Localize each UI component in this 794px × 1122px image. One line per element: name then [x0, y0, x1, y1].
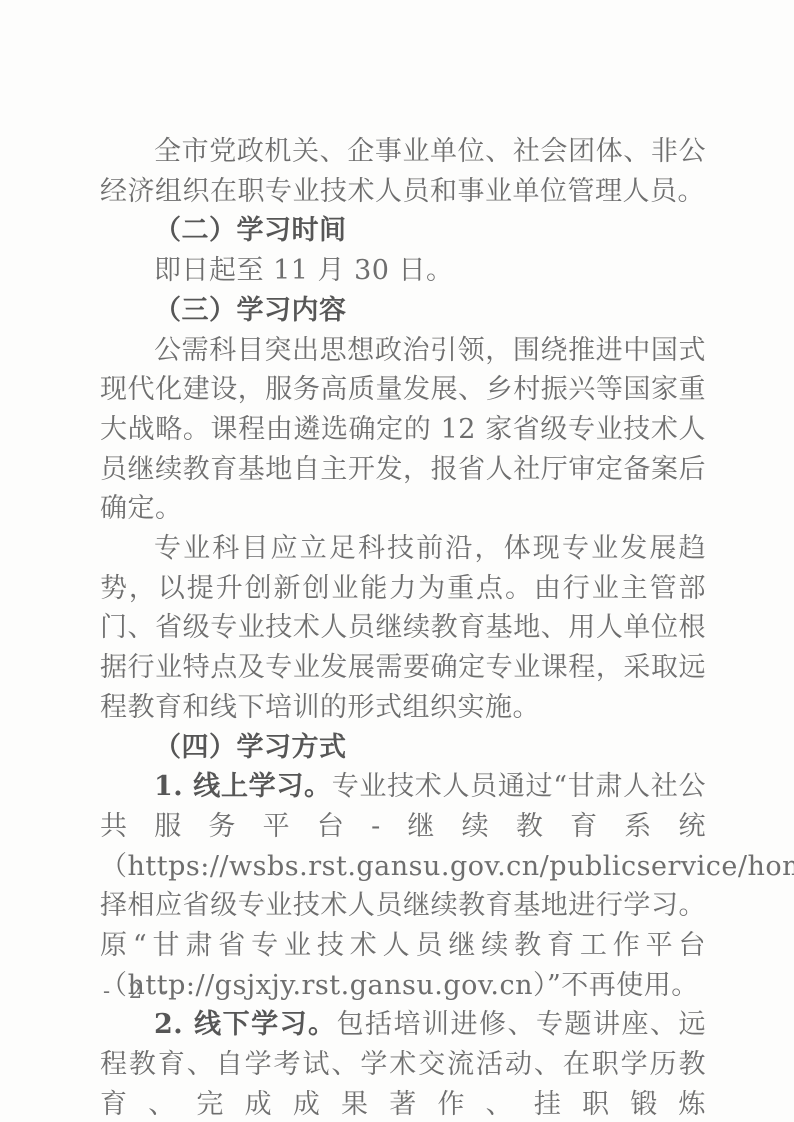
paragraph-offline-learning: 2. 线下学习。包括培训进修、专题讲座、远程教育、自学考试、学术交流活动、在职学… [100, 1005, 706, 1122]
online-learning-text: 专业技术人员通过“甘肃人社公共服务平台-继续教育系统（https://wsbs.… [100, 771, 794, 1001]
page-number: - 2 - [103, 979, 174, 1003]
paragraph-public-subjects: 公需科目突出思想政治引领，围绕推进中国式现代化建设，服务高质量发展、乡村振兴等国… [100, 331, 706, 530]
section-heading-study-time: （二）学习时间 [100, 211, 706, 251]
paragraph-professional-subjects: 专业科目应立足科技前沿，体现专业发展趋势，以提升创新创业能力为重点。由行业主管部… [100, 529, 706, 728]
offline-learning-lead-label: 2. 线下学习。 [154, 1009, 337, 1040]
document-page: 全市党政机关、企事业单位、社会团体、非公经济组织在职专业技术人员和事业单位管理人… [0, 0, 794, 1122]
paragraph-online-learning: 1. 线上学习。专业技术人员通过“甘肃人社公共服务平台-继续教育系统（https… [100, 767, 706, 1005]
section-heading-study-method: （四）学习方式 [100, 728, 706, 768]
paragraph-target-audience: 全市党政机关、企事业单位、社会团体、非公经济组织在职专业技术人员和事业单位管理人… [100, 132, 706, 211]
paragraph-study-time: 即日起至 11 月 30 日。 [100, 251, 706, 291]
document-content: 全市党政机关、企事业单位、社会团体、非公经济组织在职专业技术人员和事业单位管理人… [100, 132, 706, 1122]
section-heading-study-content: （三）学习内容 [100, 291, 706, 331]
online-learning-lead-label: 1. 线上学习。 [154, 771, 332, 802]
